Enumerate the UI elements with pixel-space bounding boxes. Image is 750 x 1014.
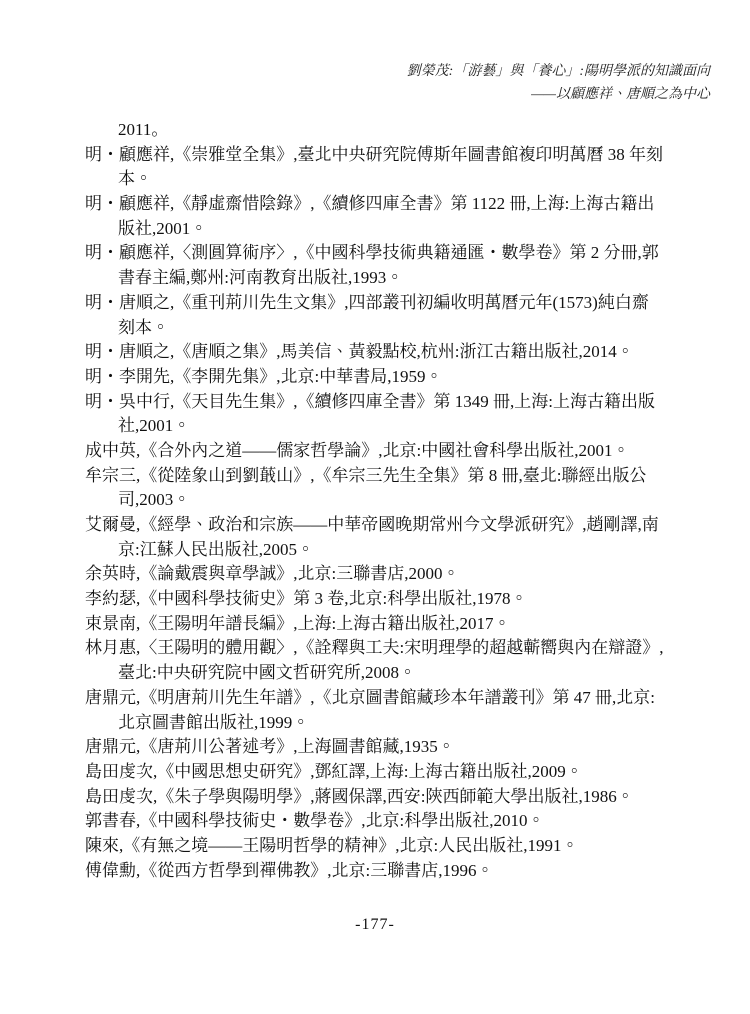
- page-number: -177-: [355, 916, 395, 933]
- running-header-line1: 劉榮茂:「游藝」與「養心」:陽明學派的知識面向: [407, 60, 710, 83]
- bib-line: 京:江蘇人民出版社,2005。: [85, 538, 717, 563]
- bib-line: 唐鼎元,《明唐荊川先生年譜》,《北京圖書館藏珍本年譜叢刊》第 47 冊,北京:: [85, 686, 717, 711]
- bib-entry: 林月惠,〈王陽明的體用觀〉,《詮釋與工夫:宋明理學的超越蘄嚮與內在辯證》,臺北:…: [85, 636, 717, 685]
- bib-entry: 牟宗三,《從陸象山到劉蕺山》,《牟宗三先生全集》第 8 冊,臺北:聯經出版公司,…: [85, 464, 717, 513]
- bib-entry: 明・顧應祥,〈測圓算術序〉,《中國科學技術典籍通匯・數學卷》第 2 分冊,郭書春…: [85, 241, 717, 290]
- bib-entry: 余英時,《論戴震與章學誠》,北京:三聯書店,2000。: [85, 562, 717, 587]
- bib-line: 林月惠,〈王陽明的體用觀〉,《詮釋與工夫:宋明理學的超越蘄嚮與內在辯證》,: [85, 636, 717, 661]
- bib-entry: 明・李開先,《李開先集》,北京:中華書局,1959。: [85, 365, 717, 390]
- bib-line: 明・顧應祥,《崇雅堂全集》,臺北中央研究院傅斯年圖書館複印明萬曆 38 年刻: [85, 143, 717, 168]
- bib-line: 唐鼎元,《唐荊川公著述考》,上海圖書館藏,1935。: [85, 735, 717, 760]
- page-footer: -177-: [0, 916, 750, 934]
- bib-entry: 陳來,《有無之境——王陽明哲學的精神》,北京:人民出版社,1991。: [85, 834, 717, 859]
- bib-line: 刻本。: [85, 316, 717, 341]
- bib-line: 島田虔次,《朱子學與陽明學》,蔣國保譯,西安:陝西師範大學出版社,1986。: [85, 785, 717, 810]
- bib-line: 李約瑟,《中國科學技術史》第 3 卷,北京:科學出版社,1978。: [85, 587, 717, 612]
- bib-line: 傅偉勳,《從西方哲學到禪佛教》,北京:三聯書店,1996。: [85, 859, 717, 884]
- bib-line: 明・唐順之,《重刊荊川先生文集》,四部叢刊初編收明萬曆元年(1573)純白齋: [85, 291, 717, 316]
- bib-line: 明・唐順之,《唐順之集》,馬美信、黃毅點校,杭州:浙江古籍出版社,2014。: [85, 340, 717, 365]
- bib-line: 明・李開先,《李開先集》,北京:中華書局,1959。: [85, 365, 717, 390]
- bib-line: 艾爾曼,《經學、政治和宗族——中華帝國晚期常州今文學派研究》,趙剛譯,南: [85, 513, 717, 538]
- bib-entry: 島田虔次,《朱子學與陽明學》,蔣國保譯,西安:陝西師範大學出版社,1986。: [85, 785, 717, 810]
- bib-line: 牟宗三,《從陸象山到劉蕺山》,《牟宗三先生全集》第 8 冊,臺北:聯經出版公: [85, 464, 717, 489]
- bib-line: 陳來,《有無之境——王陽明哲學的精神》,北京:人民出版社,1991。: [85, 834, 717, 859]
- bib-entry: 傅偉勳,《從西方哲學到禪佛教》,北京:三聯書店,1996。: [85, 859, 717, 884]
- bib-entry: 李約瑟,《中國科學技術史》第 3 卷,北京:科學出版社,1978。: [85, 587, 717, 612]
- bib-entry: 束景南,《王陽明年譜長編》,上海:上海古籍出版社,2017。: [85, 612, 717, 637]
- bib-line: 書春主編,鄭州:河南教育出版社,1993。: [85, 266, 717, 291]
- bib-entry: 明・顧應祥,《崇雅堂全集》,臺北中央研究院傅斯年圖書館複印明萬曆 38 年刻本。: [85, 143, 717, 192]
- bib-entry: 唐鼎元,《明唐荊川先生年譜》,《北京圖書館藏珍本年譜叢刊》第 47 冊,北京:北…: [85, 686, 717, 735]
- bib-entry: 明・顧應祥,《靜虛齋惜陰錄》,《續修四庫全書》第 1122 冊,上海:上海古籍出…: [85, 192, 717, 241]
- running-header: 劉榮茂:「游藝」與「養心」:陽明學派的知識面向 ——以顧應祥、唐順之為中心: [407, 60, 710, 106]
- bib-line: 臺北:中央研究院中國文哲研究所,2008。: [85, 661, 717, 686]
- bib-line: 社,2001。: [85, 414, 717, 439]
- bib-entry: 艾爾曼,《經學、政治和宗族——中華帝國晚期常州今文學派研究》,趙剛譯,南京:江蘇…: [85, 513, 717, 562]
- bib-line: 余英時,《論戴震與章學誠》,北京:三聯書店,2000。: [85, 562, 717, 587]
- running-header-line2: ——以顧應祥、唐順之為中心: [407, 83, 710, 106]
- bib-entry: 島田虔次,《中國思想史研究》,鄧紅譯,上海:上海古籍出版社,2009。: [85, 760, 717, 785]
- bib-line: 本。: [85, 167, 717, 192]
- bib-entry: 郭書春,《中國科學技術史・數學卷》,北京:科學出版社,2010。: [85, 809, 717, 834]
- bib-entry: 2011。: [85, 118, 717, 143]
- bib-line: 島田虔次,《中國思想史研究》,鄧紅譯,上海:上海古籍出版社,2009。: [85, 760, 717, 785]
- bib-line: 版社,2001。: [85, 217, 717, 242]
- bib-line: 郭書春,《中國科學技術史・數學卷》,北京:科學出版社,2010。: [85, 809, 717, 834]
- bib-line: 成中英,《合外內之道——儒家哲學論》,北京:中國社會科學出版社,2001。: [85, 439, 717, 464]
- bib-line: 明・顧應祥,《靜虛齋惜陰錄》,《續修四庫全書》第 1122 冊,上海:上海古籍出: [85, 192, 717, 217]
- bib-line: 2011。: [85, 118, 717, 143]
- bib-line: 明・吳中行,《天目先生集》,《續修四庫全書》第 1349 冊,上海:上海古籍出版: [85, 390, 717, 415]
- bib-entry: 明・吳中行,《天目先生集》,《續修四庫全書》第 1349 冊,上海:上海古籍出版…: [85, 390, 717, 439]
- document-page: 劉榮茂:「游藝」與「養心」:陽明學派的知識面向 ——以顧應祥、唐順之為中心 20…: [0, 0, 750, 1014]
- bib-entry: 明・唐順之,《重刊荊川先生文集》,四部叢刊初編收明萬曆元年(1573)純白齋刻本…: [85, 291, 717, 340]
- bib-line: 束景南,《王陽明年譜長編》,上海:上海古籍出版社,2017。: [85, 612, 717, 637]
- bib-line: 司,2003。: [85, 488, 717, 513]
- bib-entry: 成中英,《合外內之道——儒家哲學論》,北京:中國社會科學出版社,2001。: [85, 439, 717, 464]
- bib-line: 明・顧應祥,〈測圓算術序〉,《中國科學技術典籍通匯・數學卷》第 2 分冊,郭: [85, 241, 717, 266]
- bib-entry: 明・唐順之,《唐順之集》,馬美信、黃毅點校,杭州:浙江古籍出版社,2014。: [85, 340, 717, 365]
- bib-entry: 唐鼎元,《唐荊川公著述考》,上海圖書館藏,1935。: [85, 735, 717, 760]
- bibliography: 2011。明・顧應祥,《崇雅堂全集》,臺北中央研究院傅斯年圖書館複印明萬曆 38…: [85, 118, 717, 883]
- bib-line: 北京圖書館出版社,1999。: [85, 711, 717, 736]
